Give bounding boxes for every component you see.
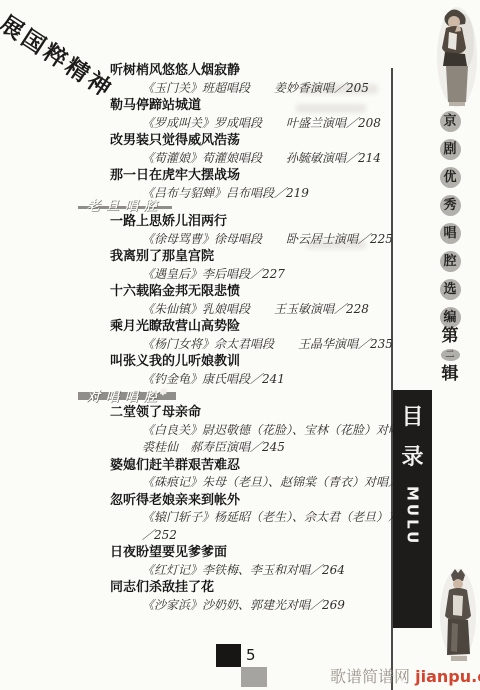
series-title-char-badge: 编: [440, 307, 461, 328]
toc-entry-detail: 《沙家浜》沙奶奶、郭建光对唱／269: [78, 597, 378, 615]
toc-entry-detail: 《罗成叫关》罗成唱段 叶盛兰演唱／208: [78, 115, 378, 133]
toc-entry-title: 那一日在虎牢大摆战场: [78, 167, 378, 185]
series-title-char-badge: 京: [440, 111, 461, 132]
series-title-char-badge: 选: [440, 279, 461, 300]
watermark-site-name: 歌谱简谱网: [330, 667, 410, 686]
section-header: 对唱唱腔✽: [78, 392, 176, 400]
toc-entry-detail: 《辕门斩子》杨延昭（老生）、佘太君（老旦）对唱: [78, 509, 378, 527]
opera-figure-top-image: [431, 2, 479, 108]
toc-entry-detail: 《硃痕记》朱母（老旦）、赵锦棠（青衣）对唱／246: [78, 474, 378, 492]
section-header-mark: ✽: [159, 388, 167, 398]
toc-entry-detail: 《玉门关》班超唱段 姜妙香演唱／205: [78, 80, 378, 98]
watermark: 歌谱简谱网 jianpu.cn: [330, 664, 480, 687]
toc-entry-title: 改男装只觉得威风浩荡: [78, 132, 378, 150]
page-number: 5: [246, 646, 256, 664]
toc-entry-detail: 《徐母骂曹》徐母唱段 卧云居士演唱／225: [78, 231, 378, 249]
toc-entry-detail: 《杨门女将》佘太君唱段 王晶华演唱／235: [78, 336, 378, 354]
contents-tab-char-1: 目: [401, 404, 423, 430]
toc-entry-title: 听树梢风悠悠人烟寂静: [78, 62, 378, 80]
toc-entry-title: 十六载陷金邦无限悲愤: [78, 283, 378, 301]
series-title-char-badge: 秀: [440, 195, 461, 216]
contents-tab-latin: MULU: [404, 486, 422, 546]
volume-prefix: 第: [442, 326, 459, 346]
volume-number-badge: 二: [441, 349, 460, 361]
toc-entry-title: 二堂领了母亲命: [78, 404, 378, 422]
toc-entry-detail: ／252: [78, 527, 378, 545]
toc-entry-title: 日夜盼望要见爹爹面: [78, 544, 378, 562]
toc-entry-title: 勒马停蹄站城道: [78, 97, 378, 115]
contents-tab: 目 录 MULU: [393, 390, 432, 628]
volume-label: 第 二 辑: [440, 326, 460, 384]
series-title-char-badge: 剧: [440, 139, 461, 160]
toc: 听树梢风悠悠人烟寂静《玉门关》班超唱段 姜妙香演唱／205勒马停蹄站城道《罗成叫…: [78, 62, 378, 614]
toc-entry-title: 同志们杀敌挂了花: [78, 579, 378, 597]
toc-entry-detail: 《钓金龟》康氏唱段／241: [78, 371, 378, 389]
page-marker-grey-square: [241, 667, 267, 687]
section-header: 老旦唱腔: [78, 206, 172, 209]
contents-tab-char-2: 录: [401, 444, 423, 470]
toc-entry-detail: 裘桂仙 郝寿臣演唱／245: [78, 439, 378, 457]
toc-entry-title: 一路上思娇儿泪两行: [78, 213, 378, 231]
volume-suffix: 辑: [442, 364, 459, 384]
toc-entry-title: 婆媳们赶羊群艰苦难忍: [78, 457, 378, 475]
toc-entry-detail: 《红灯记》李铁梅、李玉和对唱／264: [78, 562, 378, 580]
series-title-vertical: 京剧优秀唱腔选编: [439, 111, 461, 328]
toc-entry-detail: 《白良关》尉迟敬德（花脸）、宝林（花脸）对唱: [78, 422, 378, 440]
page-marker-black-square: [216, 644, 241, 667]
toc-entry-detail: 《遇皇后》李后唱段／227: [78, 266, 378, 284]
toc-entry-title: 乘月光瞭敌营山高势险: [78, 318, 378, 336]
series-title-char-badge: 唱: [440, 223, 461, 244]
toc-entry-detail: 《朱仙镇》乳娘唱段 王玉敏演唱／228: [78, 301, 378, 319]
toc-entry-detail: 《荀灌娘》荀灌娘唱段 孙毓敏演唱／214: [78, 150, 378, 168]
toc-entry-title: 我离别了那皇宫院: [78, 248, 378, 266]
toc-entry-title: 叫张义我的儿听娘教训: [78, 353, 378, 371]
series-title-char-badge: 优: [440, 167, 461, 188]
series-title-char-badge: 腔: [440, 251, 461, 272]
watermark-site-url: jianpu.cn: [415, 667, 480, 686]
toc-entry-title: 忽听得老娘亲来到帐外: [78, 492, 378, 510]
opera-figure-bottom-image: [437, 563, 479, 663]
